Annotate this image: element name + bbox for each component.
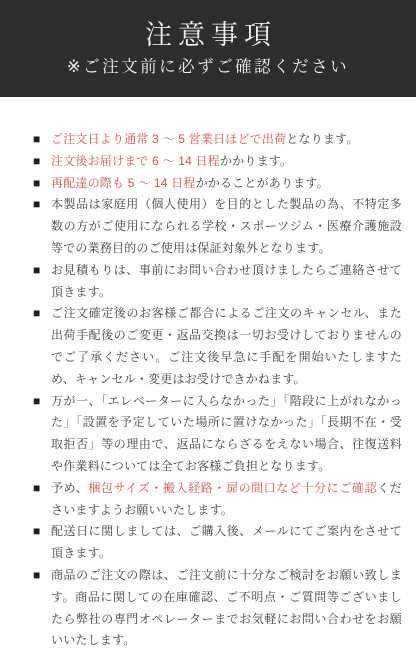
highlighted-text: ご注文日より通常 3 ～ 5 営業日ほどで出荷 (51, 132, 286, 146)
bullet-square-icon: ■ (33, 565, 40, 587)
highlighted-text: 再配達の際も 5 ～ 14 日程 (51, 176, 196, 190)
notice-item-9: ■配送日に関しましては、ご購入後、メールにてご案内をさせて頂きます。 (33, 521, 402, 565)
notice-item-text: お見積もりは、事前にお問い合わせ頂けましたらご連絡させて頂きます。 (51, 263, 402, 299)
plain-text: かかることがあります。 (196, 176, 329, 190)
plain-text: 商品のご注文の際は、ご注文前に十分なご検討をお願い致します。商品に関しての在庫確… (51, 568, 402, 647)
bullet-square-icon: ■ (33, 478, 40, 500)
notice-item-text: 万が一、「エレベーターに入らなかった」「階段に上がれなかった」「設置を予定してい… (51, 394, 402, 473)
bullet-square-icon: ■ (33, 173, 40, 195)
plain-text: ご注文確定後のお客様ご都合によるご注文のキャンセル、また出荷手配後のご変更・返品… (51, 306, 402, 385)
plain-text: 本製品は家庭用（個人使用）を目的とした製品の為、不特定多数の方がご使用になられる… (51, 197, 402, 255)
plain-text: 配送日に関しましては、ご購入後、メールにてご案内をさせて頂きます。 (51, 524, 402, 560)
bullet-square-icon: ■ (33, 260, 40, 282)
bullet-square-icon: ■ (33, 521, 40, 543)
notice-item-5: ■お見積もりは、事前にお問い合わせ頂けましたらご連絡させて頂きます。 (33, 260, 402, 304)
page-title: 注意事項 (139, 19, 277, 51)
notice-item-text: 再配達の際も 5 ～ 14 日程かかることがあります。 (51, 176, 329, 190)
plain-text: お見積もりは、事前にお問い合わせ頂けましたらご連絡させて頂きます。 (51, 263, 402, 299)
notice-item-4: ■本製品は家庭用（個人使用）を目的とした製品の為、不特定多数の方がご使用になられ… (33, 194, 402, 259)
plain-text: 予め、 (51, 481, 88, 495)
highlighted-text: 注文後お届けまで 6 ～ 14 日程 (51, 154, 220, 168)
plain-text: 万が一、「エレベーターに入らなかった」「階段に上がれなかった」「設置を予定してい… (51, 394, 402, 473)
notice-item-text: 予め、梱包サイズ・搬入経路・扉の間口など十分にご確認くださいますようお願いいたし… (51, 481, 402, 517)
bullet-square-icon: ■ (33, 151, 40, 173)
bullet-square-icon: ■ (33, 391, 40, 413)
bullet-square-icon: ■ (33, 303, 40, 325)
notice-page: 注意事項 ※ご注文前に必ずご確認ください ■ご注文日より通常 3 ～ 5 営業日… (0, 0, 416, 669)
notice-item-10: ■商品のご注文の際は、ご注文前に十分なご検討をお願い致します。商品に関しての在庫… (33, 565, 402, 652)
notice-item-6: ■ご注文確定後のお客様ご都合によるご注文のキャンセル、また出荷手配後のご変更・返… (33, 303, 402, 390)
notice-item-1: ■ご注文日より通常 3 ～ 5 営業日ほどで出荷となります。 (33, 129, 402, 151)
bullet-square-icon: ■ (33, 194, 40, 216)
highlighted-text: 梱包サイズ・搬入経路・扉の間口など十分にご確認 (88, 481, 377, 495)
notice-item-3: ■再配達の際も 5 ～ 14 日程かかることがあります。 (33, 173, 402, 195)
notice-header: 注意事項 ※ご注文前に必ずご確認ください (0, 0, 416, 97)
plain-text: かかります。 (220, 154, 292, 168)
notice-item-7: ■万が一、「エレベーターに入らなかった」「階段に上がれなかった」「設置を予定して… (33, 391, 402, 478)
notice-item-text: 商品のご注文の際は、ご注文前に十分なご検討をお願い致します。商品に関しての在庫確… (51, 568, 402, 647)
notice-item-text: ご注文確定後のお客様ご都合によるご注文のキャンセル、また出荷手配後のご変更・返品… (51, 306, 402, 385)
notice-list: ■ご注文日より通常 3 ～ 5 営業日ほどで出荷となります。■注文後お届けまで … (0, 97, 416, 652)
notice-item-text: 注文後お届けまで 6 ～ 14 日程かかります。 (51, 154, 292, 168)
notice-item-text: 配送日に関しましては、ご購入後、メールにてご案内をさせて頂きます。 (51, 524, 402, 560)
page-subtitle: ※ご注文前に必ずご確認ください (67, 56, 349, 78)
plain-text: となります。 (286, 132, 358, 146)
notice-item-text: 本製品は家庭用（個人使用）を目的とした製品の為、不特定多数の方がご使用になられる… (51, 197, 402, 255)
bullet-square-icon: ■ (33, 129, 40, 151)
notice-item-8: ■予め、梱包サイズ・搬入経路・扉の間口など十分にご確認くださいますようお願いいた… (33, 478, 402, 522)
notice-item-2: ■注文後お届けまで 6 ～ 14 日程かかります。 (33, 151, 402, 173)
notice-item-text: ご注文日より通常 3 ～ 5 営業日ほどで出荷となります。 (51, 132, 359, 146)
